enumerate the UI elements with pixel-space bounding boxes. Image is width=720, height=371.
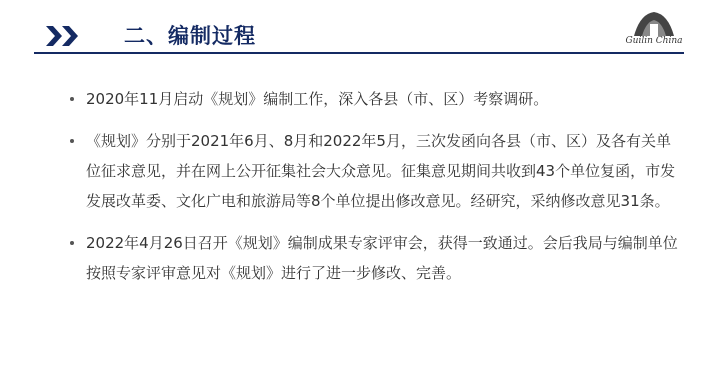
landmark-illustration-icon <box>620 8 688 38</box>
bullet-item: 2022年4月26日召开《规划》编制成果专家评审会，获得一致通过。会后我局与编制… <box>64 228 684 288</box>
header-divider <box>34 52 684 54</box>
bullet-text: 《规划》分别于2021年6月、8月和2022年5月，三次发函向各县（市、区）及各… <box>86 132 675 210</box>
bullet-text: 2022年4月26日召开《规划》编制成果专家评审会，获得一致通过。会后我局与编制… <box>86 234 678 282</box>
slide-header: 二、编制过程 <box>34 0 684 54</box>
bullet-list: 2020年11月启动《规划》编制工作，深入各县（市、区）考察调研。 《规划》分别… <box>64 84 684 291</box>
double-chevron-right-icon <box>46 26 80 46</box>
bullet-dot-icon <box>70 97 74 101</box>
slide-title: 二、编制过程 <box>124 24 256 48</box>
logo-text: Guilin China <box>620 36 688 46</box>
bullet-dot-icon <box>70 139 74 143</box>
bullet-item: 《规划》分别于2021年6月、8月和2022年5月，三次发函向各县（市、区）及各… <box>64 126 684 216</box>
guilin-china-logo: Guilin China <box>620 8 688 54</box>
bullet-text: 2020年11月启动《规划》编制工作，深入各县（市、区）考察调研。 <box>86 90 548 108</box>
bullet-item: 2020年11月启动《规划》编制工作，深入各县（市、区）考察调研。 <box>64 84 684 114</box>
bullet-dot-icon <box>70 241 74 245</box>
